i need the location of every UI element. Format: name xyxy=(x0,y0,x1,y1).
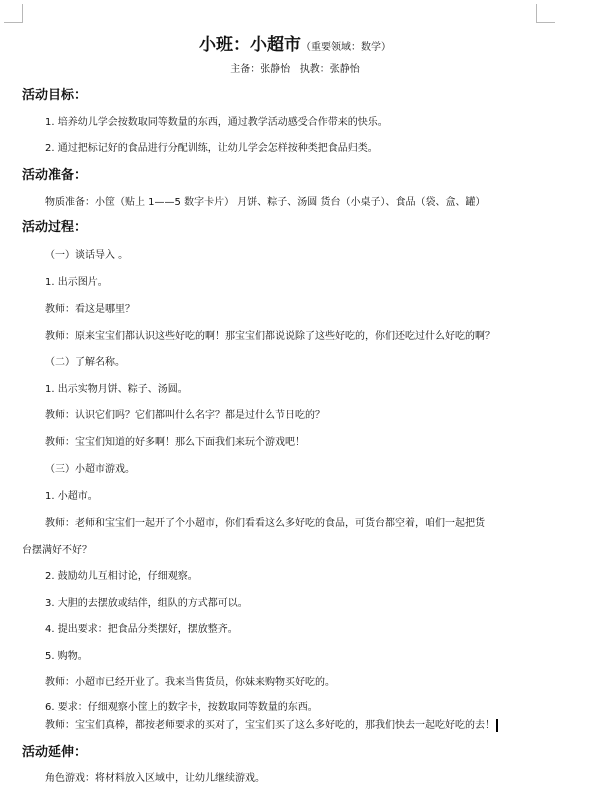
process-line: （一）谈话导入 。 xyxy=(45,246,128,261)
preparation-item: 物质准备：小筐（贴上 1——5 数字卡片） 月饼、粽子、汤圆 货台（小桌子）、食… xyxy=(45,193,485,208)
process-line: 教师：宝宝们知道的好多啊！那么下面我们来玩个游戏吧！ xyxy=(45,433,305,448)
process-line: 教师：老师和宝宝们一起开了个小超市，你们看看这么多好吃的食品，可货台都空着，咱们… xyxy=(45,514,485,529)
heading-goals: 活动目标： xyxy=(22,84,87,103)
goal-item: 2. 通过把标记好的食品进行分配训练，让幼儿学会怎样按种类把食品归类。 xyxy=(45,139,378,154)
process-line: 2. 鼓励幼儿互相讨论，仔细观察。 xyxy=(45,567,198,582)
extension-item: 角色游戏：将材料放入区域中，让幼儿继续游戏。 xyxy=(45,769,265,784)
text-cursor xyxy=(496,719,498,732)
process-line: 台摆满好不好？ xyxy=(22,541,92,556)
process-line: （二）了解名称。 xyxy=(45,353,125,368)
heading-process: 活动过程： xyxy=(22,216,87,235)
page-corner-mark-top-right xyxy=(536,4,555,23)
heading-preparation: 活动准备： xyxy=(22,164,87,183)
title-main: 小班：小超市 xyxy=(199,35,301,55)
title-subtitle: （重要领域：数学） xyxy=(301,42,391,53)
heading-extension: 活动延伸： xyxy=(22,741,87,760)
process-line: 1. 出示图片。 xyxy=(45,273,108,288)
process-line: 1. 小超市。 xyxy=(45,487,98,502)
page-corner-mark-top-left xyxy=(4,4,23,23)
process-line: （三）小超市游戏。 xyxy=(45,460,135,475)
document-title: 小班：小超市（重要领域：数学） xyxy=(0,30,590,55)
goal-item: 1. 培养幼儿学会按数取同等数量的东西，通过教学活动感受合作带来的快乐。 xyxy=(45,113,388,128)
process-line: 教师：原来宝宝们都认识这些好吃的啊！那宝宝们都说说除了这些好吃的，你们还吃过什么… xyxy=(45,327,495,342)
process-line-text: 教师：宝宝们真棒，都按老师要求的买对了，宝宝们买了这么多好吃的，那我们快去一起吃… xyxy=(45,720,495,731)
process-line: 教师：小超市已经开业了。我来当售货员，你妹来购物买好吃的。 xyxy=(45,673,335,688)
process-line: 教师：看这是哪里？ xyxy=(45,300,135,315)
authors-line: 主备：张静怡 执教：张静怡 xyxy=(0,60,590,75)
process-line: 教师：认识它们吗？它们都叫什么名字？都是过什么节日吃的？ xyxy=(45,406,325,421)
process-line-with-cursor[interactable]: 教师：宝宝们真棒，都按老师要求的买对了，宝宝们买了这么多好吃的，那我们快去一起吃… xyxy=(45,716,498,732)
process-line: 6. 要求：仔细观察小筐上的数字卡，按数取同等数量的东西。 xyxy=(45,698,318,713)
process-line: 4. 提出要求：把食品分类摆好，摆放整齐。 xyxy=(45,620,238,635)
process-line: 5. 购物。 xyxy=(45,647,88,662)
process-line: 3. 大胆的去摆放或结伴，组队的方式都可以。 xyxy=(45,594,248,609)
process-line: 1. 出示实物月饼、粽子、汤圆。 xyxy=(45,380,188,395)
